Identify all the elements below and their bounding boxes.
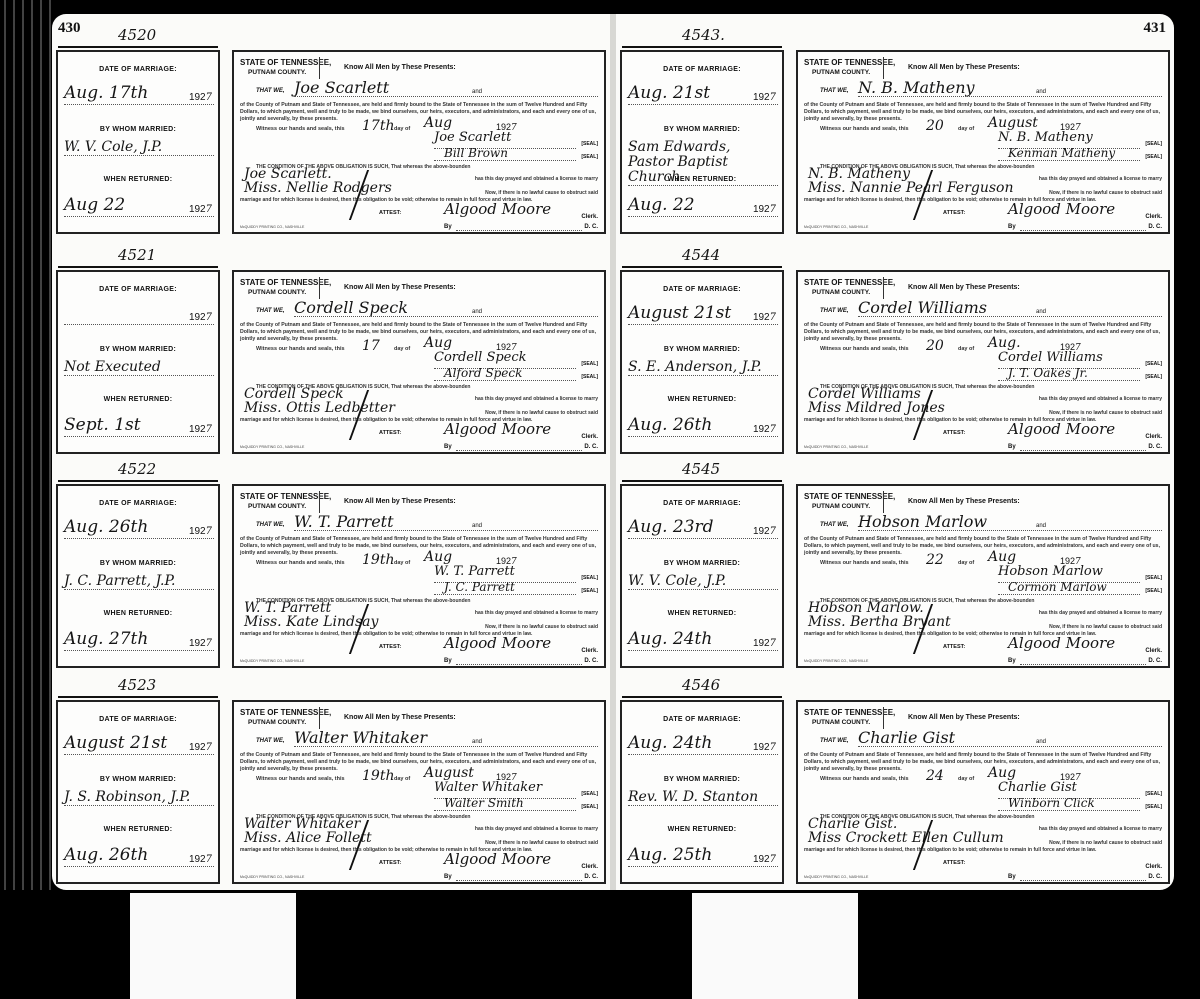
and-label: and: [472, 309, 482, 315]
clerk-signature: Algood Moore: [1008, 420, 1115, 438]
bride-name: Miss. Ottis Ledbetter: [244, 400, 395, 416]
dc-label: D. C.: [584, 224, 598, 230]
witness-month: Aug: [424, 549, 452, 565]
now-if-text: Now, if there is no lawful cause to obst…: [1049, 624, 1162, 630]
by-label: By: [1008, 874, 1016, 880]
record-stub: DATE OF MARRIAGE: Aug. 21st 1927 BY WHOM…: [620, 50, 784, 234]
dotted-line: [294, 746, 598, 747]
attest-label: ATTEST:: [943, 430, 965, 436]
record-stub: DATE OF MARRIAGE: 1927 BY WHOM MARRIED: …: [56, 270, 220, 454]
when-returned-label: WHEN RETURNED:: [58, 396, 218, 403]
signature-line: [998, 810, 1140, 811]
signer-1: Cordel Williams: [998, 350, 1103, 365]
witness-label: Witness our hands and seals, this: [256, 126, 345, 132]
bride-name: Miss Crockett Ellen Cullum: [808, 830, 1004, 846]
bond-form: STATE OF TENNESSEE, PUTNAM COUNTY. Know …: [796, 700, 1170, 884]
and-label: and: [1036, 523, 1046, 529]
signer-1: Hobson Marlow: [998, 564, 1103, 579]
signer-2: J. C. Parrett: [444, 580, 515, 594]
witness-month: Aug: [424, 335, 452, 351]
now-if-text: Now, if there is no lawful cause to obst…: [485, 410, 598, 416]
record-number: 4543.: [622, 26, 782, 48]
bride-name: Miss. Nellie Rodgers: [244, 180, 392, 196]
marriage-record: 4521 DATE OF MARRIAGE: 1927 BY WHOM MARR…: [52, 260, 610, 470]
seal-label: [SEAL]: [581, 791, 598, 797]
that-we-label: THAT WE,: [256, 88, 285, 94]
that-we-label: THAT WE,: [820, 522, 849, 528]
day-of-label: day of: [394, 126, 410, 132]
seal-label: [SEAL]: [581, 374, 598, 380]
dc-label: D. C.: [1148, 658, 1162, 664]
witness-day: 19th: [362, 768, 394, 784]
bond-body-text: of the County of Putnam and State of Ten…: [240, 322, 598, 343]
year-suffix: 1927: [189, 204, 212, 215]
signer-2: Walter Smith: [444, 796, 524, 810]
state-heading: STATE OF TENNESSEE,: [804, 708, 895, 717]
bond-body-text: of the County of Putnam and State of Ten…: [240, 752, 598, 773]
dc-label: D. C.: [584, 444, 598, 450]
seal-label: [SEAL]: [1145, 141, 1162, 147]
witness-day: 19th: [362, 552, 394, 568]
witness-label: Witness our hands and seals, this: [256, 346, 345, 352]
signer-2: Kenman Matheny: [1008, 146, 1115, 160]
clerk-signature: Algood Moore: [444, 200, 551, 218]
witness-label: Witness our hands and seals, this: [820, 560, 909, 566]
bond-body-text: of the County of Putnam and State of Ten…: [804, 752, 1162, 773]
signature-line: [434, 594, 576, 595]
date-of-marriage-label: DATE OF MARRIAGE:: [622, 286, 782, 293]
that-we-label: THAT WE,: [256, 522, 285, 528]
page-number-right: 431: [1144, 20, 1167, 37]
dotted-line: [858, 530, 1162, 531]
when-returned-label: WHEN RETURNED:: [622, 176, 782, 183]
bond-form: STATE OF TENNESSEE, PUTNAM COUNTY. Know …: [232, 484, 606, 668]
deputy-line: [456, 230, 582, 231]
clerk-label: Clerk.: [581, 864, 598, 870]
year-suffix: 1927: [189, 742, 212, 753]
seal-label: [SEAL]: [1145, 374, 1162, 380]
dc-label: D. C.: [584, 874, 598, 880]
printer-imprint: McQUIDDY PRINTING CO., NASHVILLE: [240, 875, 304, 879]
witness-month: August: [424, 765, 474, 781]
principal-name: Cordell Speck: [294, 298, 474, 317]
attest-label: ATTEST:: [379, 644, 401, 650]
and-label: and: [472, 739, 482, 745]
year-suffix: 1927: [189, 92, 212, 103]
attest-label: ATTEST:: [943, 210, 965, 216]
state-heading: STATE OF TENNESSEE,: [804, 492, 895, 501]
day-of-label: day of: [394, 346, 410, 352]
dotted-line: [858, 316, 1162, 317]
seal-label: [SEAL]: [581, 141, 598, 147]
county-heading: PUTNAM COUNTY.: [812, 503, 870, 510]
dotted-line: [294, 530, 598, 531]
by-whom-married-label: BY WHOM MARRIED:: [622, 776, 782, 783]
marriage-record: 4544 DATE OF MARRIAGE: August 21st 1927 …: [616, 260, 1174, 470]
dotted-line: [294, 316, 598, 317]
record-stub: DATE OF MARRIAGE: Aug. 17th 1927 BY WHOM…: [56, 50, 220, 234]
attest-label: ATTEST:: [943, 860, 965, 866]
marriage-condition-text: marriage and for which license is desire…: [804, 847, 1162, 853]
printer-imprint: McQUIDDY PRINTING CO., NASHVILLE: [804, 225, 868, 229]
now-if-text: Now, if there is no lawful cause to obst…: [485, 190, 598, 196]
state-heading: STATE OF TENNESSEE,: [240, 58, 331, 67]
principal-name: N. B. Matheny: [858, 78, 1038, 97]
officiant-value: J. S. Robinson, J.P.: [64, 790, 214, 806]
bride-name: Miss. Bertha Bryant: [808, 614, 951, 630]
and-label: and: [472, 89, 482, 95]
clerk-label: Clerk.: [581, 648, 598, 654]
now-if-text: Now, if there is no lawful cause to obst…: [485, 840, 598, 846]
printer-imprint: McQUIDDY PRINTING CO., NASHVILLE: [240, 445, 304, 449]
bond-body-text: of the County of Putnam and State of Ten…: [804, 322, 1162, 343]
by-label: By: [1008, 224, 1016, 230]
year-suffix: 1927: [753, 312, 776, 323]
year-suffix: 1927: [753, 424, 776, 435]
date-of-marriage-label: DATE OF MARRIAGE:: [58, 66, 218, 73]
and-label: and: [1036, 309, 1046, 315]
divider: [883, 491, 884, 513]
seal-label: [SEAL]: [1145, 804, 1162, 810]
year-suffix: 1927: [753, 92, 776, 103]
dc-label: D. C.: [1148, 444, 1162, 450]
now-if-text: Now, if there is no lawful cause to obst…: [1049, 410, 1162, 416]
day-of-label: day of: [394, 776, 410, 782]
bond-form: STATE OF TENNESSEE, PUTNAM COUNTY. Know …: [796, 270, 1170, 454]
that-we-label: THAT WE,: [820, 88, 849, 94]
officiant-value: W. V. Cole, J.P.: [64, 140, 214, 156]
prayed-text: has this day prayed and obtained a licen…: [475, 610, 598, 616]
and-label: and: [1036, 739, 1046, 745]
by-label: By: [444, 658, 452, 664]
year-suffix: 1927: [189, 312, 212, 323]
by-label: By: [444, 224, 452, 230]
know-all-heading: Know All Men by These Presents:: [908, 64, 1020, 71]
clerk-signature: Algood Moore: [1008, 634, 1115, 652]
now-if-text: Now, if there is no lawful cause to obst…: [485, 624, 598, 630]
printer-imprint: McQUIDDY PRINTING CO., NASHVILLE: [804, 875, 868, 879]
divider: [319, 491, 320, 513]
deputy-line: [1020, 230, 1146, 231]
when-returned-label: WHEN RETURNED:: [58, 826, 218, 833]
bond-form: STATE OF TENNESSEE, PUTNAM COUNTY. Know …: [232, 700, 606, 884]
marriage-record: 4520 DATE OF MARRIAGE: Aug. 17th 1927 BY…: [52, 40, 610, 250]
signer-2: J. T. Oakes Jr.: [1008, 366, 1088, 380]
signer-2: Winborn Click: [1008, 796, 1095, 810]
signer-2: Alford Speck: [444, 366, 522, 380]
clerk-signature: Algood Moore: [444, 420, 551, 438]
record-number: 4521: [58, 246, 218, 268]
seal-label: [SEAL]: [581, 361, 598, 367]
marriage-record: 4546 DATE OF MARRIAGE: Aug. 24th 1927 BY…: [616, 690, 1174, 900]
clerk-label: Clerk.: [1145, 648, 1162, 654]
bond-form: STATE OF TENNESSEE, PUTNAM COUNTY. Know …: [232, 50, 606, 234]
county-heading: PUTNAM COUNTY.: [248, 503, 306, 510]
date-of-marriage-label: DATE OF MARRIAGE:: [622, 716, 782, 723]
witness-label: Witness our hands and seals, this: [820, 346, 909, 352]
deputy-line: [456, 450, 582, 451]
officiant-value: Not Executed: [64, 360, 214, 376]
dc-label: D. C.: [1148, 224, 1162, 230]
by-whom-married-label: BY WHOM MARRIED:: [58, 560, 218, 567]
by-label: By: [444, 874, 452, 880]
prayed-text: has this day prayed and obtained a licen…: [1039, 610, 1162, 616]
prayed-text: has this day prayed and obtained a licen…: [475, 396, 598, 402]
signer-1: Joe Scarlett: [434, 130, 511, 145]
record-stub: DATE OF MARRIAGE: August 21st 1927 BY WH…: [56, 700, 220, 884]
record-number: 4520: [58, 26, 218, 48]
attest-label: ATTEST:: [379, 210, 401, 216]
marriage-record: 4523 DATE OF MARRIAGE: August 21st 1927 …: [52, 690, 610, 900]
clerk-signature: Algood Moore: [1008, 200, 1115, 218]
deputy-line: [1020, 880, 1146, 881]
year-suffix: 1927: [753, 526, 776, 537]
signer-1: W. T. Parrett: [434, 564, 515, 579]
witness-label: Witness our hands and seals, this: [820, 126, 909, 132]
printer-imprint: McQUIDDY PRINTING CO., NASHVILLE: [240, 659, 304, 663]
dc-label: D. C.: [584, 658, 598, 664]
clerk-signature: Algood Moore: [444, 850, 551, 868]
signer-1: Walter Whitaker: [434, 780, 542, 795]
state-heading: STATE OF TENNESSEE,: [804, 278, 895, 287]
dotted-line: [294, 96, 598, 97]
when-returned-label: WHEN RETURNED:: [622, 396, 782, 403]
principal-name: Walter Whitaker: [294, 728, 474, 747]
know-all-heading: Know All Men by These Presents:: [344, 64, 456, 71]
date-of-marriage-label: DATE OF MARRIAGE:: [58, 716, 218, 723]
by-whom-married-label: BY WHOM MARRIED:: [622, 560, 782, 567]
dc-label: D. C.: [1148, 874, 1162, 880]
day-of-label: day of: [958, 346, 974, 352]
officiant-value: J. C. Parrett, J.P.: [64, 574, 214, 590]
seal-label: [SEAL]: [1145, 361, 1162, 367]
bond-form: STATE OF TENNESSEE, PUTNAM COUNTY. Know …: [796, 484, 1170, 668]
record-number: 4544: [622, 246, 782, 268]
witness-day: 20: [926, 338, 944, 354]
day-of-label: day of: [958, 776, 974, 782]
left-page: 430 4520 DATE OF MARRIAGE: Aug. 17th 192…: [52, 14, 610, 890]
county-heading: PUTNAM COUNTY.: [248, 69, 306, 76]
officiant-value: Rev. W. D. Stanton: [628, 790, 778, 806]
when-returned-label: WHEN RETURNED:: [58, 176, 218, 183]
signer-1: Charlie Gist: [998, 780, 1077, 795]
state-heading: STATE OF TENNESSEE,: [240, 278, 331, 287]
know-all-heading: Know All Men by These Presents:: [908, 498, 1020, 505]
witness-day: 24: [926, 768, 944, 784]
printer-imprint: McQUIDDY PRINTING CO., NASHVILLE: [804, 659, 868, 663]
day-of-label: day of: [958, 560, 974, 566]
date-of-marriage-label: DATE OF MARRIAGE:: [622, 500, 782, 507]
signature-line: [998, 594, 1140, 595]
year-suffix: 1927: [189, 854, 212, 865]
attest-label: ATTEST:: [943, 644, 965, 650]
by-whom-married-label: BY WHOM MARRIED:: [58, 776, 218, 783]
year-suffix: 1927: [189, 526, 212, 537]
by-label: By: [1008, 444, 1016, 450]
backing-card-right: [692, 893, 858, 999]
witness-month: Aug: [988, 549, 1016, 565]
seal-label: [SEAL]: [1145, 575, 1162, 581]
signature-line: [434, 810, 576, 811]
record-number: 4522: [58, 460, 218, 482]
seal-label: [SEAL]: [581, 588, 598, 594]
know-all-heading: Know All Men by These Presents:: [344, 284, 456, 291]
by-whom-married-label: BY WHOM MARRIED:: [58, 126, 218, 133]
bond-form: STATE OF TENNESSEE, PUTNAM COUNTY. Know …: [232, 270, 606, 454]
signer-2: Bill Brown: [444, 146, 508, 160]
year-suffix: 1927: [753, 204, 776, 215]
seal-label: [SEAL]: [581, 804, 598, 810]
prayed-text: has this day prayed and obtained a licen…: [1039, 826, 1162, 832]
year-suffix: 1927: [753, 742, 776, 753]
printer-imprint: McQUIDDY PRINTING CO., NASHVILLE: [240, 225, 304, 229]
marriage-record: 4522 DATE OF MARRIAGE: Aug. 26th 1927 BY…: [52, 474, 610, 684]
by-label: By: [444, 444, 452, 450]
divider: [883, 57, 884, 79]
principal-name: W. T. Parrett: [294, 512, 474, 531]
clerk-label: Clerk.: [1145, 864, 1162, 870]
county-heading: PUTNAM COUNTY.: [248, 719, 306, 726]
deputy-line: [456, 880, 582, 881]
seal-label: [SEAL]: [1145, 154, 1162, 160]
signer-1: Cordell Speck: [434, 350, 527, 365]
seal-label: [SEAL]: [581, 575, 598, 581]
marriage-record: 4545 DATE OF MARRIAGE: Aug. 23rd 1927 BY…: [616, 474, 1174, 684]
that-we-label: THAT WE,: [256, 738, 285, 744]
divider: [319, 57, 320, 79]
officiant-value: S. E. Anderson, J.P.: [628, 360, 778, 376]
clerk-signature: Algood Moore: [444, 634, 551, 652]
witness-month: Aug: [424, 115, 452, 131]
witness-label: Witness our hands and seals, this: [256, 560, 345, 566]
and-label: and: [1036, 89, 1046, 95]
printer-imprint: McQUIDDY PRINTING CO., NASHVILLE: [804, 445, 868, 449]
date-of-marriage-label: DATE OF MARRIAGE:: [622, 66, 782, 73]
county-heading: PUTNAM COUNTY.: [812, 289, 870, 296]
county-heading: PUTNAM COUNTY.: [812, 69, 870, 76]
signature-line: [998, 380, 1140, 381]
prayed-text: has this day prayed and obtained a licen…: [1039, 396, 1162, 402]
and-label: and: [472, 523, 482, 529]
when-returned-label: WHEN RETURNED:: [622, 826, 782, 833]
witness-label: Witness our hands and seals, this: [256, 776, 345, 782]
dotted-line: [858, 96, 1162, 97]
signature-line: [998, 160, 1140, 161]
principal-name: Hobson Marlow: [858, 512, 1038, 531]
bond-body-text: of the County of Putnam and State of Ten…: [240, 536, 598, 557]
year-suffix: 1927: [189, 424, 212, 435]
that-we-label: THAT WE,: [256, 308, 285, 314]
record-number: 4545: [622, 460, 782, 482]
signature-line: [434, 380, 576, 381]
deputy-line: [456, 664, 582, 665]
principal-name: Charlie Gist: [858, 728, 1038, 747]
bond-body-text: of the County of Putnam and State of Ten…: [240, 102, 598, 123]
officiant-value: W. V. Cole, J.P.: [628, 574, 778, 590]
witness-month: August: [988, 115, 1038, 131]
marriage-record: 4543. DATE OF MARRIAGE: Aug. 21st 1927 B…: [616, 40, 1174, 250]
witness-day: 17th: [362, 118, 394, 134]
clerk-label: Clerk.: [1145, 434, 1162, 440]
know-all-heading: Know All Men by These Presents:: [908, 714, 1020, 721]
witness-day: 17: [362, 338, 380, 354]
seal-label: [SEAL]: [1145, 588, 1162, 594]
year-suffix: 1927: [753, 638, 776, 649]
bond-body-text: of the County of Putnam and State of Ten…: [804, 536, 1162, 557]
signer-2: Cormon Marlow: [1008, 580, 1107, 594]
that-we-label: THAT WE,: [820, 308, 849, 314]
day-of-label: day of: [394, 560, 410, 566]
witness-month: Aug.: [988, 335, 1021, 351]
divider: [883, 277, 884, 299]
year-suffix: 1927: [189, 638, 212, 649]
backing-card-left: [130, 893, 296, 999]
state-heading: STATE OF TENNESSEE,: [804, 58, 895, 67]
day-of-label: day of: [958, 126, 974, 132]
attest-label: ATTEST:: [379, 860, 401, 866]
witness-day: 22: [926, 552, 944, 568]
know-all-heading: Know All Men by These Presents:: [908, 284, 1020, 291]
signer-1: N. B. Matheny: [998, 130, 1093, 145]
seal-label: [SEAL]: [581, 154, 598, 160]
county-heading: PUTNAM COUNTY.: [812, 719, 870, 726]
witness-day: 20: [926, 118, 944, 134]
when-returned-label: WHEN RETURNED:: [58, 610, 218, 617]
attest-label: ATTEST:: [379, 430, 401, 436]
principal-name: Joe Scarlett: [294, 78, 474, 97]
know-all-heading: Know All Men by These Presents:: [344, 498, 456, 505]
right-page: 431 4543. DATE OF MARRIAGE: Aug. 21st 19…: [616, 14, 1174, 890]
by-whom-married-label: BY WHOM MARRIED:: [622, 126, 782, 133]
deputy-line: [1020, 450, 1146, 451]
when-returned-label: WHEN RETURNED:: [622, 610, 782, 617]
prayed-text: has this day prayed and obtained a licen…: [475, 826, 598, 832]
seal-label: [SEAL]: [1145, 791, 1162, 797]
now-if-text: Now, if there is no lawful cause to obst…: [1049, 190, 1162, 196]
deputy-line: [1020, 664, 1146, 665]
clerk-label: Clerk.: [581, 434, 598, 440]
date-of-marriage-label: DATE OF MARRIAGE:: [58, 286, 218, 293]
record-stub: DATE OF MARRIAGE: Aug. 26th 1927 BY WHOM…: [56, 484, 220, 668]
now-if-text: Now, if there is no lawful cause to obst…: [1049, 840, 1162, 846]
that-we-label: THAT WE,: [820, 738, 849, 744]
witness-month: Aug: [988, 765, 1016, 781]
prayed-text: has this day prayed and obtained a licen…: [1039, 176, 1162, 182]
divider: [319, 707, 320, 729]
bond-body-text: of the County of Putnam and State of Ten…: [804, 102, 1162, 123]
record-stub: DATE OF MARRIAGE: August 21st 1927 BY WH…: [620, 270, 784, 454]
clerk-label: Clerk.: [581, 214, 598, 220]
by-whom-married-label: BY WHOM MARRIED:: [58, 346, 218, 353]
divider: [319, 277, 320, 299]
county-heading: PUTNAM COUNTY.: [248, 289, 306, 296]
know-all-heading: Know All Men by These Presents:: [344, 714, 456, 721]
by-whom-married-label: BY WHOM MARRIED:: [622, 346, 782, 353]
record-stub: DATE OF MARRIAGE: Aug. 23rd 1927 BY WHOM…: [620, 484, 784, 668]
state-heading: STATE OF TENNESSEE,: [240, 492, 331, 501]
state-heading: STATE OF TENNESSEE,: [240, 708, 331, 717]
prayed-text: has this day prayed and obtained a licen…: [475, 176, 598, 182]
dotted-line: [858, 746, 1162, 747]
by-label: By: [1008, 658, 1016, 664]
clerk-label: Clerk.: [1145, 214, 1162, 220]
year-suffix: 1927: [753, 854, 776, 865]
record-number: 4523: [58, 676, 218, 698]
record-number: 4546: [622, 676, 782, 698]
principal-name: Cordel Williams: [858, 298, 1038, 317]
signature-line: [434, 160, 576, 161]
divider: [883, 707, 884, 729]
